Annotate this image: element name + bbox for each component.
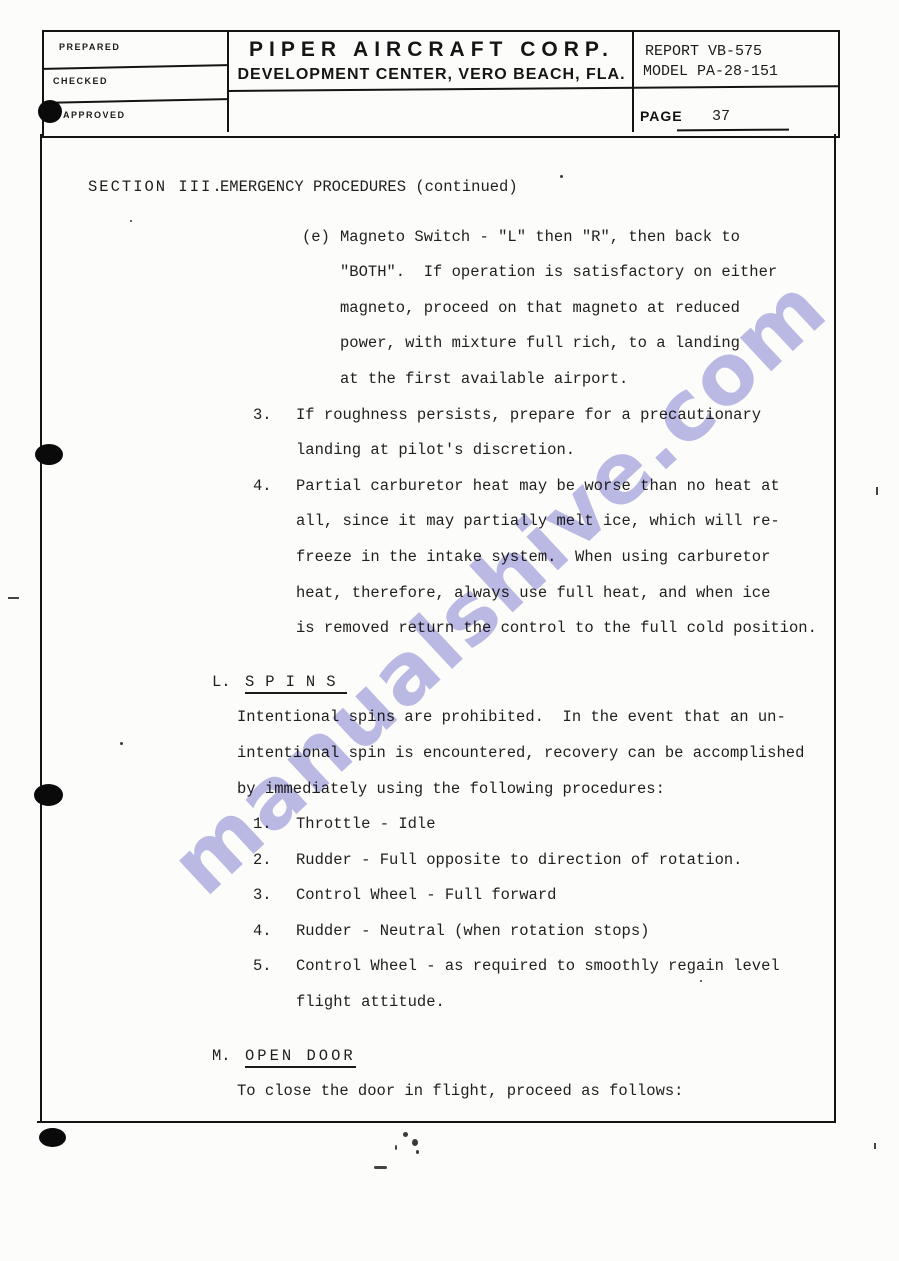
doc-line: Intentional spins are prohibited. In the… xyxy=(0,700,899,736)
approved-label: APPROVED xyxy=(63,110,126,120)
section-item: M.OPEN DOOR xyxy=(0,1039,899,1075)
report-number: REPORT VB-575 xyxy=(645,43,762,60)
list-marker: 1. xyxy=(253,807,296,843)
doc-line: magneto, proceed on that magneto at redu… xyxy=(0,291,899,327)
prepared-label: PREPARED xyxy=(59,42,120,52)
doc-text: Throttle - Idle xyxy=(296,815,436,833)
section-marker: L. xyxy=(212,665,245,701)
doc-line: 2.Rudder - Full opposite to direction of… xyxy=(0,843,899,879)
ink-speck xyxy=(395,1145,397,1150)
hole-punch xyxy=(38,100,62,123)
doc-line: by immediately using the following proce… xyxy=(0,772,899,808)
doc-block: 4.Partial carburetor heat may be worse t… xyxy=(0,469,899,647)
company-name: PIPER AIRCRAFT CORP. xyxy=(230,38,633,62)
section-title: SPINS xyxy=(245,673,347,694)
doc-line: 3.If roughness persists, prepare for a p… xyxy=(0,398,899,434)
doc-block: 2.Rudder - Full opposite to direction of… xyxy=(0,843,899,879)
doc-block: To close the door in flight, proceed as … xyxy=(0,1074,899,1110)
page-number: 37 xyxy=(712,108,730,125)
hole-punch xyxy=(39,1128,66,1147)
header-row-line-2 xyxy=(44,98,227,104)
doc-line: flight attitude. xyxy=(0,985,899,1021)
doc-line: at the first available airport. xyxy=(0,362,899,398)
doc-line: freeze in the intake system. When using … xyxy=(0,540,899,576)
doc-line: all, since it may partially melt ice, wh… xyxy=(0,504,899,540)
doc-line: 5.Control Wheel - as required to smoothl… xyxy=(0,949,899,985)
doc-text: Magneto Switch - "L" then "R", then back… xyxy=(340,228,740,246)
header-company-line xyxy=(228,85,838,92)
doc-text: Rudder - Full opposite to direction of r… xyxy=(296,851,742,869)
doc-text: If roughness persists, prepare for a pre… xyxy=(296,406,761,424)
model-number: MODEL PA-28-151 xyxy=(643,63,778,80)
ink-dash xyxy=(374,1166,387,1169)
doc-line: 4.Rudder - Neutral (when rotation stops) xyxy=(0,914,899,950)
doc-line: 4.Partial carburetor heat may be worse t… xyxy=(0,469,899,505)
scanned-manual-page: manualshive.com PREPARED CHECKED APPROVE… xyxy=(0,0,899,1261)
doc-block: 3.If roughness persists, prepare for a p… xyxy=(0,398,899,469)
doc-block: 5.Control Wheel - as required to smoothl… xyxy=(0,949,899,1020)
header-table: PREPARED CHECKED APPROVED PIPER AIRCRAFT… xyxy=(42,30,840,138)
page-label: PAGE xyxy=(640,108,683,124)
doc-block: 1.Throttle - Idle xyxy=(0,807,899,843)
doc-block: Intentional spins are prohibited. In the… xyxy=(0,700,899,807)
doc-line: "BOTH". If operation is satisfactory on … xyxy=(0,255,899,291)
checked-label: CHECKED xyxy=(53,76,108,86)
doc-block: L.SPINS xyxy=(0,665,899,701)
doc-line: 1.Throttle - Idle xyxy=(0,807,899,843)
ink-speck xyxy=(416,1150,419,1154)
document-body: SECTION III.EMERGENCY PROCEDURES (contin… xyxy=(0,170,899,1110)
list-marker: 4. xyxy=(253,914,296,950)
list-marker: 3. xyxy=(253,878,296,914)
company-subtitle: DEVELOPMENT CENTER, VERO BEACH, FLA. xyxy=(230,66,633,84)
section-heading-label: SECTION III. xyxy=(88,170,220,206)
margin-mark xyxy=(874,1143,876,1149)
section-heading: SECTION III.EMERGENCY PROCEDURES (contin… xyxy=(0,170,899,206)
ink-speck xyxy=(412,1139,418,1146)
list-marker: 2. xyxy=(253,843,296,879)
doc-text: Partial carburetor heat may be worse tha… xyxy=(296,477,780,495)
doc-line: is removed return the control to the ful… xyxy=(0,611,899,647)
header-divider-left xyxy=(227,32,229,132)
doc-block: 3.Control Wheel - Full forward xyxy=(0,878,899,914)
list-marker: 4. xyxy=(253,469,296,505)
section-heading-title: EMERGENCY PROCEDURES (continued) xyxy=(220,178,518,196)
doc-line: (e)Magneto Switch - "L" then "R", then b… xyxy=(0,220,899,256)
doc-text: Control Wheel - as required to smoothly … xyxy=(296,957,780,975)
list-marker: (e) xyxy=(302,220,340,256)
doc-line: To close the door in flight, proceed as … xyxy=(0,1074,899,1110)
list-marker: 3. xyxy=(253,398,296,434)
doc-line: 3.Control Wheel - Full forward xyxy=(0,878,899,914)
section-title: OPEN DOOR xyxy=(245,1047,356,1068)
page-number-underline xyxy=(677,129,789,132)
page-border-bottom xyxy=(37,1121,836,1123)
doc-line: power, with mixture full rich, to a land… xyxy=(0,326,899,362)
doc-block: M.OPEN DOOR xyxy=(0,1039,899,1075)
section-marker: M. xyxy=(212,1039,245,1075)
doc-block: (e)Magneto Switch - "L" then "R", then b… xyxy=(0,220,899,398)
doc-line: landing at pilot's discretion. xyxy=(0,433,899,469)
doc-text: Rudder - Neutral (when rotation stops) xyxy=(296,922,649,940)
doc-text: Control Wheel - Full forward xyxy=(296,886,556,904)
doc-block: 4.Rudder - Neutral (when rotation stops) xyxy=(0,914,899,950)
doc-line: intentional spin is encountered, recover… xyxy=(0,736,899,772)
header-row-line-1 xyxy=(44,64,227,70)
list-marker: 5. xyxy=(253,949,296,985)
doc-line: heat, therefore, always use full heat, a… xyxy=(0,576,899,612)
section-item: L.SPINS xyxy=(0,665,899,701)
ink-speck xyxy=(403,1132,408,1137)
